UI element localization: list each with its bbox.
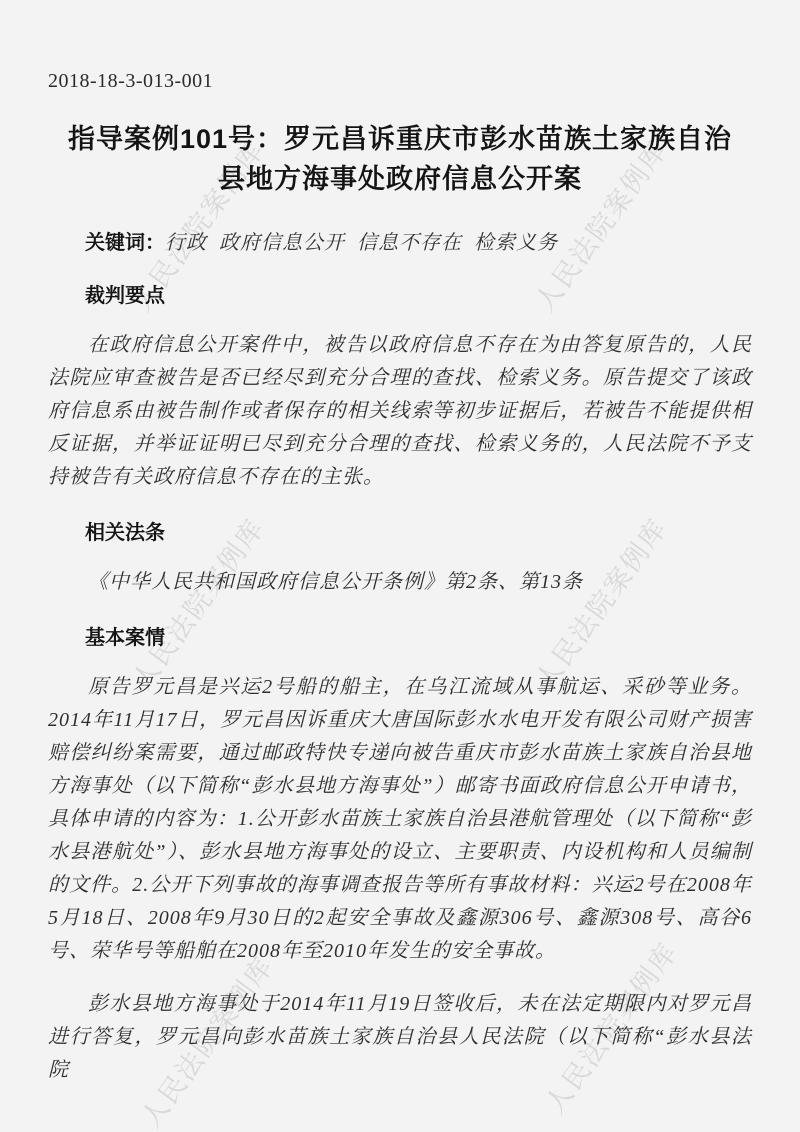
case-title: 指导案例101号：罗元昌诉重庆市彭水苗族土家族自治县地方海事处政府信息公开案 bbox=[55, 119, 745, 199]
basic-facts-paragraph-2: 彭水县地方海事处于2014年11月19日签收后，未在法定期限内对罗元昌进行答复，… bbox=[48, 988, 752, 1087]
document-content: 2018-18-3-013-001 指导案例101号：罗元昌诉重庆市彭水苗族土家… bbox=[0, 0, 800, 1132]
document-number: 2018-18-3-013-001 bbox=[48, 70, 752, 93]
section-heading-judgment-points: 裁判要点 bbox=[48, 283, 752, 309]
keywords-label: 关键词： bbox=[85, 232, 165, 254]
judgment-points-paragraph: 在政府信息公开案件中，被告以政府信息不存在为由答复原告的，人民法院应审查被告是否… bbox=[48, 329, 752, 494]
section-heading-basic-facts: 基本案情 bbox=[48, 625, 752, 651]
section-heading-related-laws: 相关法条 bbox=[48, 520, 752, 546]
related-laws-paragraph: 《中华人民共和国政府信息公开条例》第2条、第13条 bbox=[48, 566, 752, 599]
keywords-list: 行政 政府信息公开 信息不存在 检索义务 bbox=[165, 232, 558, 254]
keywords-row: 关键词：行政 政府信息公开 信息不存在 检索义务 bbox=[48, 229, 752, 257]
document-page: 人民法院案例库 人民法院案例库 人民法院案例库 人民法院案例库 人民法院案例库 … bbox=[0, 0, 800, 1132]
basic-facts-paragraph-1: 原告罗元昌是兴运2号船的船主，在乌江流域从事航运、采砂等业务。2014年11月1… bbox=[48, 671, 752, 968]
